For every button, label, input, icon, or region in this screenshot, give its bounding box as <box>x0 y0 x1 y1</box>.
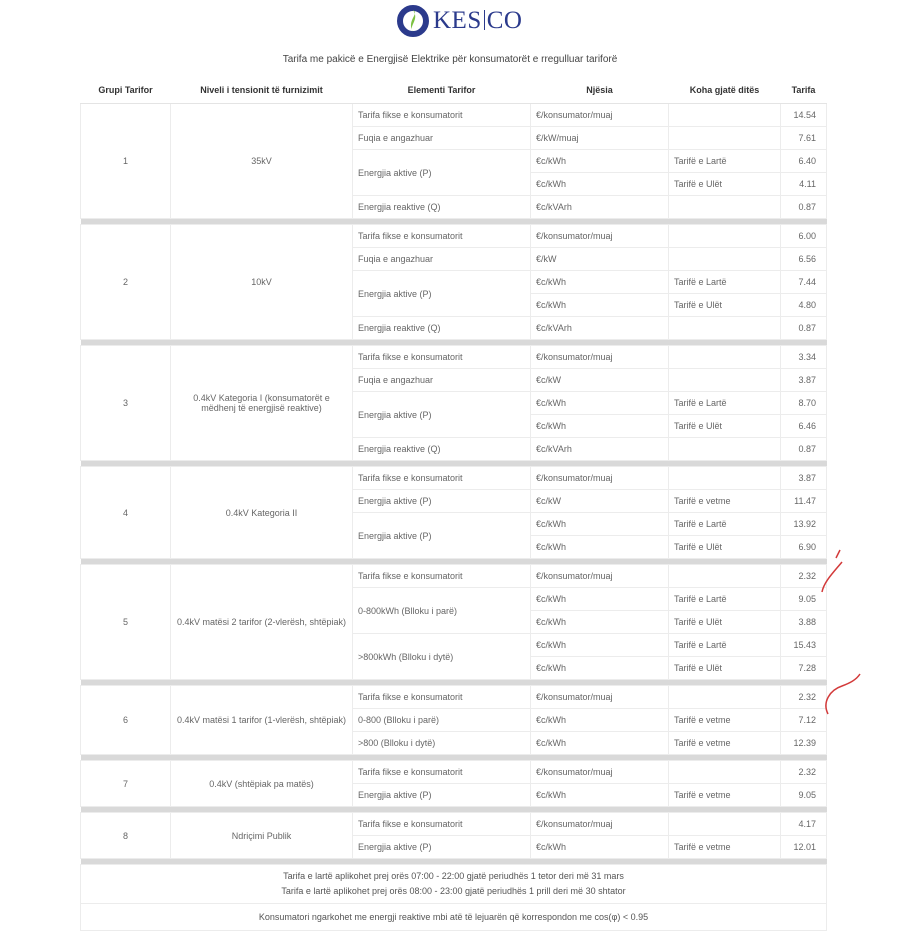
tariff-value: 6.00 <box>781 225 827 248</box>
time-of-day: Tarifë e Ulët <box>669 657 781 680</box>
time-of-day: Tarifë e vetme <box>669 784 781 807</box>
time-of-day: Tarifë e vetme <box>669 836 781 859</box>
unit: €c/kWh <box>531 836 669 859</box>
col-header-time: Koha gjatë ditës <box>669 77 781 104</box>
unit: €c/kWh <box>531 588 669 611</box>
tariff-element: Energjia aktive (P) <box>353 784 531 807</box>
note-reactive-energy: Konsumatori ngarkohet me energji reaktiv… <box>81 904 827 931</box>
voltage-level: 35kV <box>171 104 353 219</box>
tariff-element: Fuqia e angazhuar <box>353 369 531 392</box>
time-of-day <box>669 196 781 219</box>
tariff-element: >800kWh (Blloku i dytë) <box>353 634 531 680</box>
kesco-logo-icon <box>396 4 430 38</box>
time-of-day <box>669 369 781 392</box>
time-of-day <box>669 104 781 127</box>
unit: €c/kWh <box>531 392 669 415</box>
table-row: 8Ndriçimi PublikTarifa fikse e konsumato… <box>81 813 827 836</box>
table-row: 60.4kV matësi 1 tarifor (1-vlerësh, shtë… <box>81 686 827 709</box>
kesco-logo: KESCO <box>396 4 522 38</box>
tariff-value: 6.56 <box>781 248 827 271</box>
unit: €c/kVArh <box>531 196 669 219</box>
unit: €c/kWh <box>531 294 669 317</box>
tariff-value: 12.39 <box>781 732 827 755</box>
tariff-value: 4.11 <box>781 173 827 196</box>
page-title: Tarifa me pakicë e Energjisë Elektrike p… <box>0 54 900 65</box>
unit: €c/kWh <box>531 415 669 438</box>
unit: €/kW <box>531 248 669 271</box>
voltage-level: 0.4kV Kategoria II <box>171 467 353 559</box>
time-of-day: Tarifë e Lartë <box>669 634 781 657</box>
voltage-level: Ndriçimi Publik <box>171 813 353 859</box>
unit: €c/kWh <box>531 657 669 680</box>
time-of-day: Tarifë e Ulët <box>669 611 781 634</box>
tariff-element: Fuqia e angazhuar <box>353 127 531 150</box>
time-of-day <box>669 127 781 150</box>
time-of-day <box>669 761 781 784</box>
unit: €c/kVArh <box>531 317 669 340</box>
tariff-value: 3.87 <box>781 369 827 392</box>
tariff-element: >800 (Blloku i dytë) <box>353 732 531 755</box>
time-of-day <box>669 248 781 271</box>
tariff-element: Tarifa fikse e konsumatorit <box>353 761 531 784</box>
table-row: 50.4kV matësi 2 tarifor (2-vlerësh, shtë… <box>81 565 827 588</box>
time-of-day: Tarifë e Ulët <box>669 415 781 438</box>
unit: €c/kWh <box>531 513 669 536</box>
tariff-element: Energjia aktive (P) <box>353 836 531 859</box>
tariff-value: 14.54 <box>781 104 827 127</box>
unit: €c/kWh <box>531 732 669 755</box>
col-header-tariff: Tarifa <box>781 77 827 104</box>
unit: €c/kWh <box>531 536 669 559</box>
tariff-element: Energjia aktive (P) <box>353 392 531 438</box>
unit: €/konsumator/muaj <box>531 467 669 490</box>
tariff-element: 0-800kWh (Blloku i parë) <box>353 588 531 634</box>
time-of-day: Tarifë e Lartë <box>669 392 781 415</box>
tariff-element: Tarifa fikse e konsumatorit <box>353 104 531 127</box>
unit: €c/kWh <box>531 709 669 732</box>
group-number: 7 <box>81 761 171 807</box>
tariff-value: 9.05 <box>781 784 827 807</box>
col-header-element: Elementi Tarifor <box>353 77 531 104</box>
tariff-value: 11.47 <box>781 490 827 513</box>
table-row: 210kVTarifa fikse e konsumatorit€/konsum… <box>81 225 827 248</box>
tariff-value: 15.43 <box>781 634 827 657</box>
note-high-tariff-hours: Tarifa e lartë aplikohet prej orës 07:00… <box>81 865 827 904</box>
tariff-element: Energjia reaktive (Q) <box>353 438 531 461</box>
group-number: 1 <box>81 104 171 219</box>
tariff-value: 3.87 <box>781 467 827 490</box>
tariff-element: Tarifa fikse e konsumatorit <box>353 225 531 248</box>
unit: €c/kW <box>531 490 669 513</box>
time-of-day: Tarifë e Lartë <box>669 271 781 294</box>
table-row: 30.4kV Kategoria I (konsumatorët e mëdhe… <box>81 346 827 369</box>
unit: €c/kWh <box>531 150 669 173</box>
voltage-level: 0.4kV (shtëpiak pa matës) <box>171 761 353 807</box>
unit: €/konsumator/muaj <box>531 346 669 369</box>
tariff-value: 8.70 <box>781 392 827 415</box>
tariff-element: Energjia aktive (P) <box>353 271 531 317</box>
voltage-level: 10kV <box>171 225 353 340</box>
table-row: 70.4kV (shtëpiak pa matës)Tarifa fikse e… <box>81 761 827 784</box>
tariff-element: Tarifa fikse e konsumatorit <box>353 565 531 588</box>
tariff-value: 7.44 <box>781 271 827 294</box>
tariff-value: 0.87 <box>781 438 827 461</box>
tariff-value: 13.92 <box>781 513 827 536</box>
group-number: 8 <box>81 813 171 859</box>
tariff-element: Tarifa fikse e konsumatorit <box>353 467 531 490</box>
tariff-value: 3.34 <box>781 346 827 369</box>
voltage-level: 0.4kV matësi 1 tarifor (1-vlerësh, shtëp… <box>171 686 353 755</box>
time-of-day: Tarifë e Ulët <box>669 173 781 196</box>
tariff-value: 12.01 <box>781 836 827 859</box>
unit: €c/kWh <box>531 271 669 294</box>
unit: €/konsumator/muaj <box>531 104 669 127</box>
unit: €/konsumator/muaj <box>531 686 669 709</box>
tariff-element: Tarifa fikse e konsumatorit <box>353 346 531 369</box>
time-of-day <box>669 565 781 588</box>
table-row: 40.4kV Kategoria IITarifa fikse e konsum… <box>81 467 827 490</box>
time-of-day <box>669 225 781 248</box>
voltage-level: 0.4kV matësi 2 tarifor (2-vlerësh, shtëp… <box>171 565 353 680</box>
handwritten-check-mark-icon <box>818 548 848 598</box>
time-of-day: Tarifë e Lartë <box>669 513 781 536</box>
tariff-element: 0-800 (Blloku i parë) <box>353 709 531 732</box>
time-of-day: Tarifë e Ulët <box>669 294 781 317</box>
tariff-element: Energjia aktive (P) <box>353 490 531 513</box>
table-row: 135kVTarifa fikse e konsumatorit€/konsum… <box>81 104 827 127</box>
unit: €/konsumator/muaj <box>531 565 669 588</box>
col-header-group: Grupi Tarifor <box>81 77 171 104</box>
time-of-day <box>669 467 781 490</box>
unit: €c/kWh <box>531 173 669 196</box>
tariff-element: Energjia reaktive (Q) <box>353 196 531 219</box>
time-of-day: Tarifë e vetme <box>669 490 781 513</box>
group-number: 6 <box>81 686 171 755</box>
voltage-level: 0.4kV Kategoria I (konsumatorët e mëdhen… <box>171 346 353 461</box>
tariff-value: 6.46 <box>781 415 827 438</box>
tariff-element: Fuqia e angazhuar <box>353 248 531 271</box>
time-of-day <box>669 438 781 461</box>
tariff-value: 2.32 <box>781 761 827 784</box>
tariff-element: Tarifa fikse e konsumatorit <box>353 686 531 709</box>
tariff-value: 4.80 <box>781 294 827 317</box>
group-number: 4 <box>81 467 171 559</box>
time-of-day: Tarifë e Ulët <box>669 536 781 559</box>
tariff-value: 3.88 <box>781 611 827 634</box>
kesco-wordmark: KESCO <box>433 7 522 35</box>
time-of-day <box>669 346 781 369</box>
tariff-value: 0.87 <box>781 196 827 219</box>
unit: €/konsumator/muaj <box>531 813 669 836</box>
unit: €c/kWh <box>531 784 669 807</box>
tariff-value: 4.17 <box>781 813 827 836</box>
handwritten-check-mark-icon <box>820 672 864 718</box>
tariff-element: Tarifa fikse e konsumatorit <box>353 813 531 836</box>
unit: €c/kVArh <box>531 438 669 461</box>
tariff-table: Grupi Tarifor Niveli i tensionit të furn… <box>80 77 827 931</box>
unit: €/konsumator/muaj <box>531 761 669 784</box>
time-of-day <box>669 813 781 836</box>
group-number: 5 <box>81 565 171 680</box>
time-of-day: Tarifë e vetme <box>669 709 781 732</box>
tariff-element: Energjia aktive (P) <box>353 513 531 559</box>
time-of-day <box>669 686 781 709</box>
group-number: 2 <box>81 225 171 340</box>
tariff-element: Energjia reaktive (Q) <box>353 317 531 340</box>
time-of-day <box>669 317 781 340</box>
group-number: 3 <box>81 346 171 461</box>
unit: €c/kW <box>531 369 669 392</box>
time-of-day: Tarifë e Lartë <box>669 150 781 173</box>
col-header-unit: Njësia <box>531 77 669 104</box>
time-of-day: Tarifë e Lartë <box>669 588 781 611</box>
time-of-day: Tarifë e vetme <box>669 732 781 755</box>
tariff-value: 6.40 <box>781 150 827 173</box>
tariff-value: 0.87 <box>781 317 827 340</box>
unit: €/kW/muaj <box>531 127 669 150</box>
col-header-level: Niveli i tensionit të furnizimit <box>171 77 353 104</box>
table-header: Grupi Tarifor Niveli i tensionit të furn… <box>81 77 827 104</box>
unit: €c/kWh <box>531 634 669 657</box>
unit: €c/kWh <box>531 611 669 634</box>
tariff-element: Energjia aktive (P) <box>353 150 531 196</box>
unit: €/konsumator/muaj <box>531 225 669 248</box>
tariff-value: 7.61 <box>781 127 827 150</box>
